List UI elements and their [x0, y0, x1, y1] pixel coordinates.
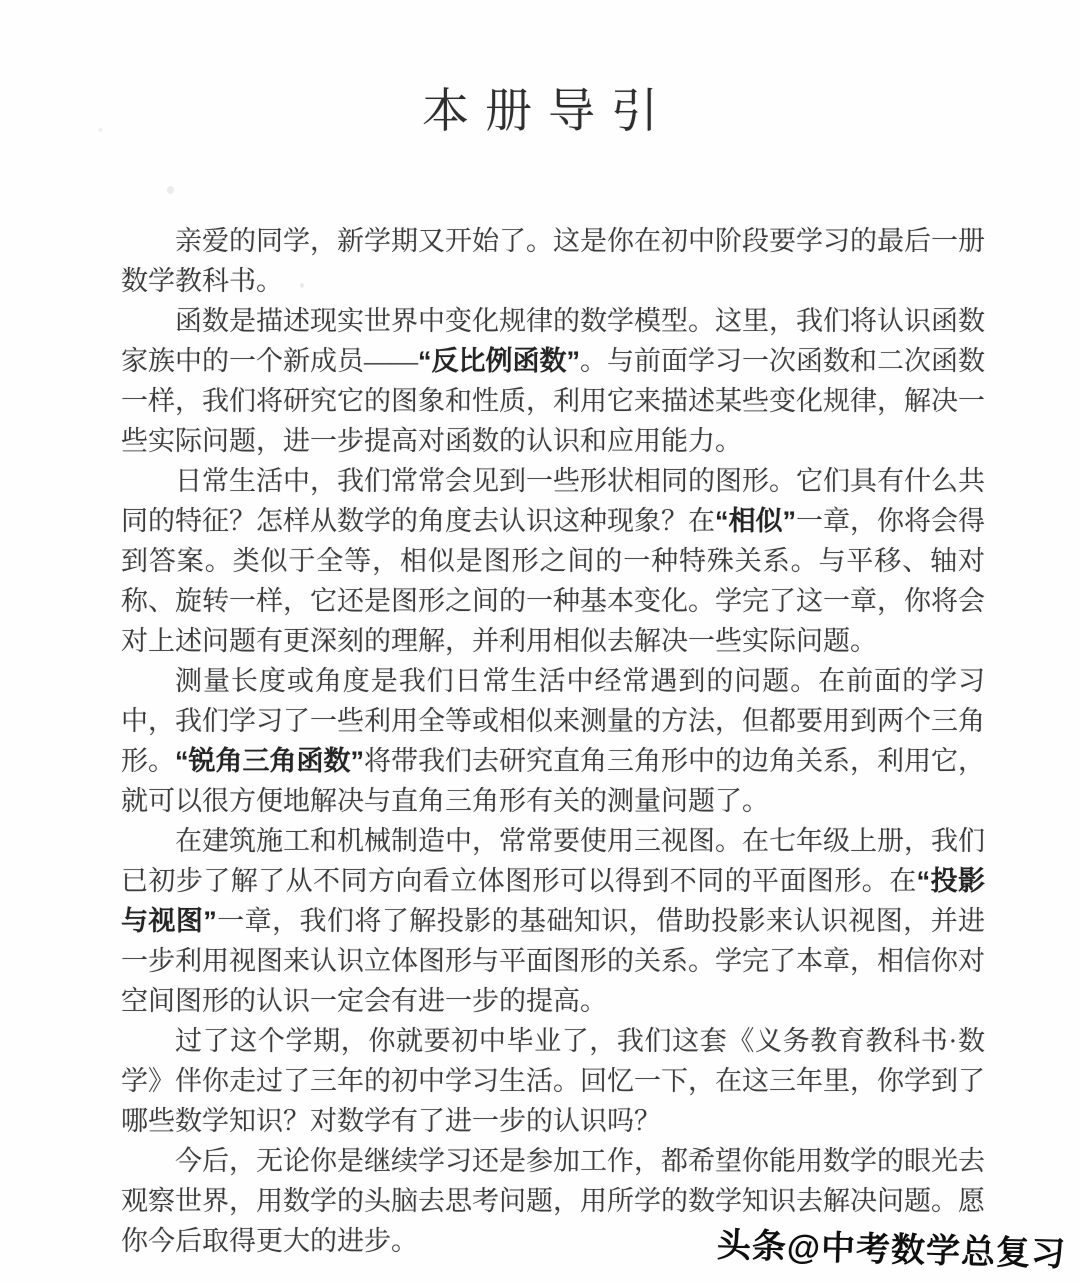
paragraph: 函数是描述现实世界中变化规律的数学模型。这里，我们将认识函数家族中的一个新成员—… [121, 301, 985, 461]
scan-speck [300, 283, 304, 288]
scan-speck [760, 315, 764, 319]
scan-speck [167, 186, 174, 194]
text-run: 过了这个学期，你就要初中毕业了，我们这套《义务教育教科书·数学》伴你走过了三年的… [121, 1026, 985, 1136]
paragraph: 测量长度或角度是我们日常生活中经常遇到的问题。在前面的学习中，我们学习了一些利用… [121, 661, 985, 821]
scan-speck [98, 128, 103, 132]
bold-term: “反比例函数” [418, 346, 580, 376]
text-run: 在建筑施工和机械制造中，常常要使用三视图。在七年级上册，我们已初步了解了从不同方… [121, 826, 985, 896]
text-run: 一章，我们将了解投影的基础知识，借助投影来认识视图，并进一步利用视图来认识立体图… [121, 906, 985, 1016]
page-title: 本册导引 [0, 74, 1080, 141]
paragraph: 过了这个学期，你就要初中毕业了，我们这套《义务教育教科书·数学》伴你走过了三年的… [121, 1021, 985, 1141]
paragraph: 亲爱的同学，新学期又开始了。这是你在初中阶段要学习的最后一册数学教科书。 [121, 221, 985, 301]
document-body: 亲爱的同学，新学期又开始了。这是你在初中阶段要学习的最后一册数学教科书。函数是描… [121, 221, 985, 1261]
scanned-textbook-page: 本册导引 亲爱的同学，新学期又开始了。这是你在初中阶段要学习的最后一册数学教科书… [0, 0, 1080, 1283]
bold-term: “锐角三角函数” [175, 746, 364, 776]
paragraph: 在建筑施工和机械制造中，常常要使用三视图。在七年级上册，我们已初步了解了从不同方… [121, 821, 985, 1021]
bold-term: “相似” [715, 506, 796, 536]
paragraph: 日常生活中，我们常常会见到一些形状相同的图形。它们具有什么共同的特征？怎样从数学… [121, 461, 985, 661]
watermark: 头条@中考数学总复习 [716, 1217, 1066, 1275]
text-run: 亲爱的同学，新学期又开始了。这是你在初中阶段要学习的最后一册数学教科书。 [121, 226, 985, 296]
